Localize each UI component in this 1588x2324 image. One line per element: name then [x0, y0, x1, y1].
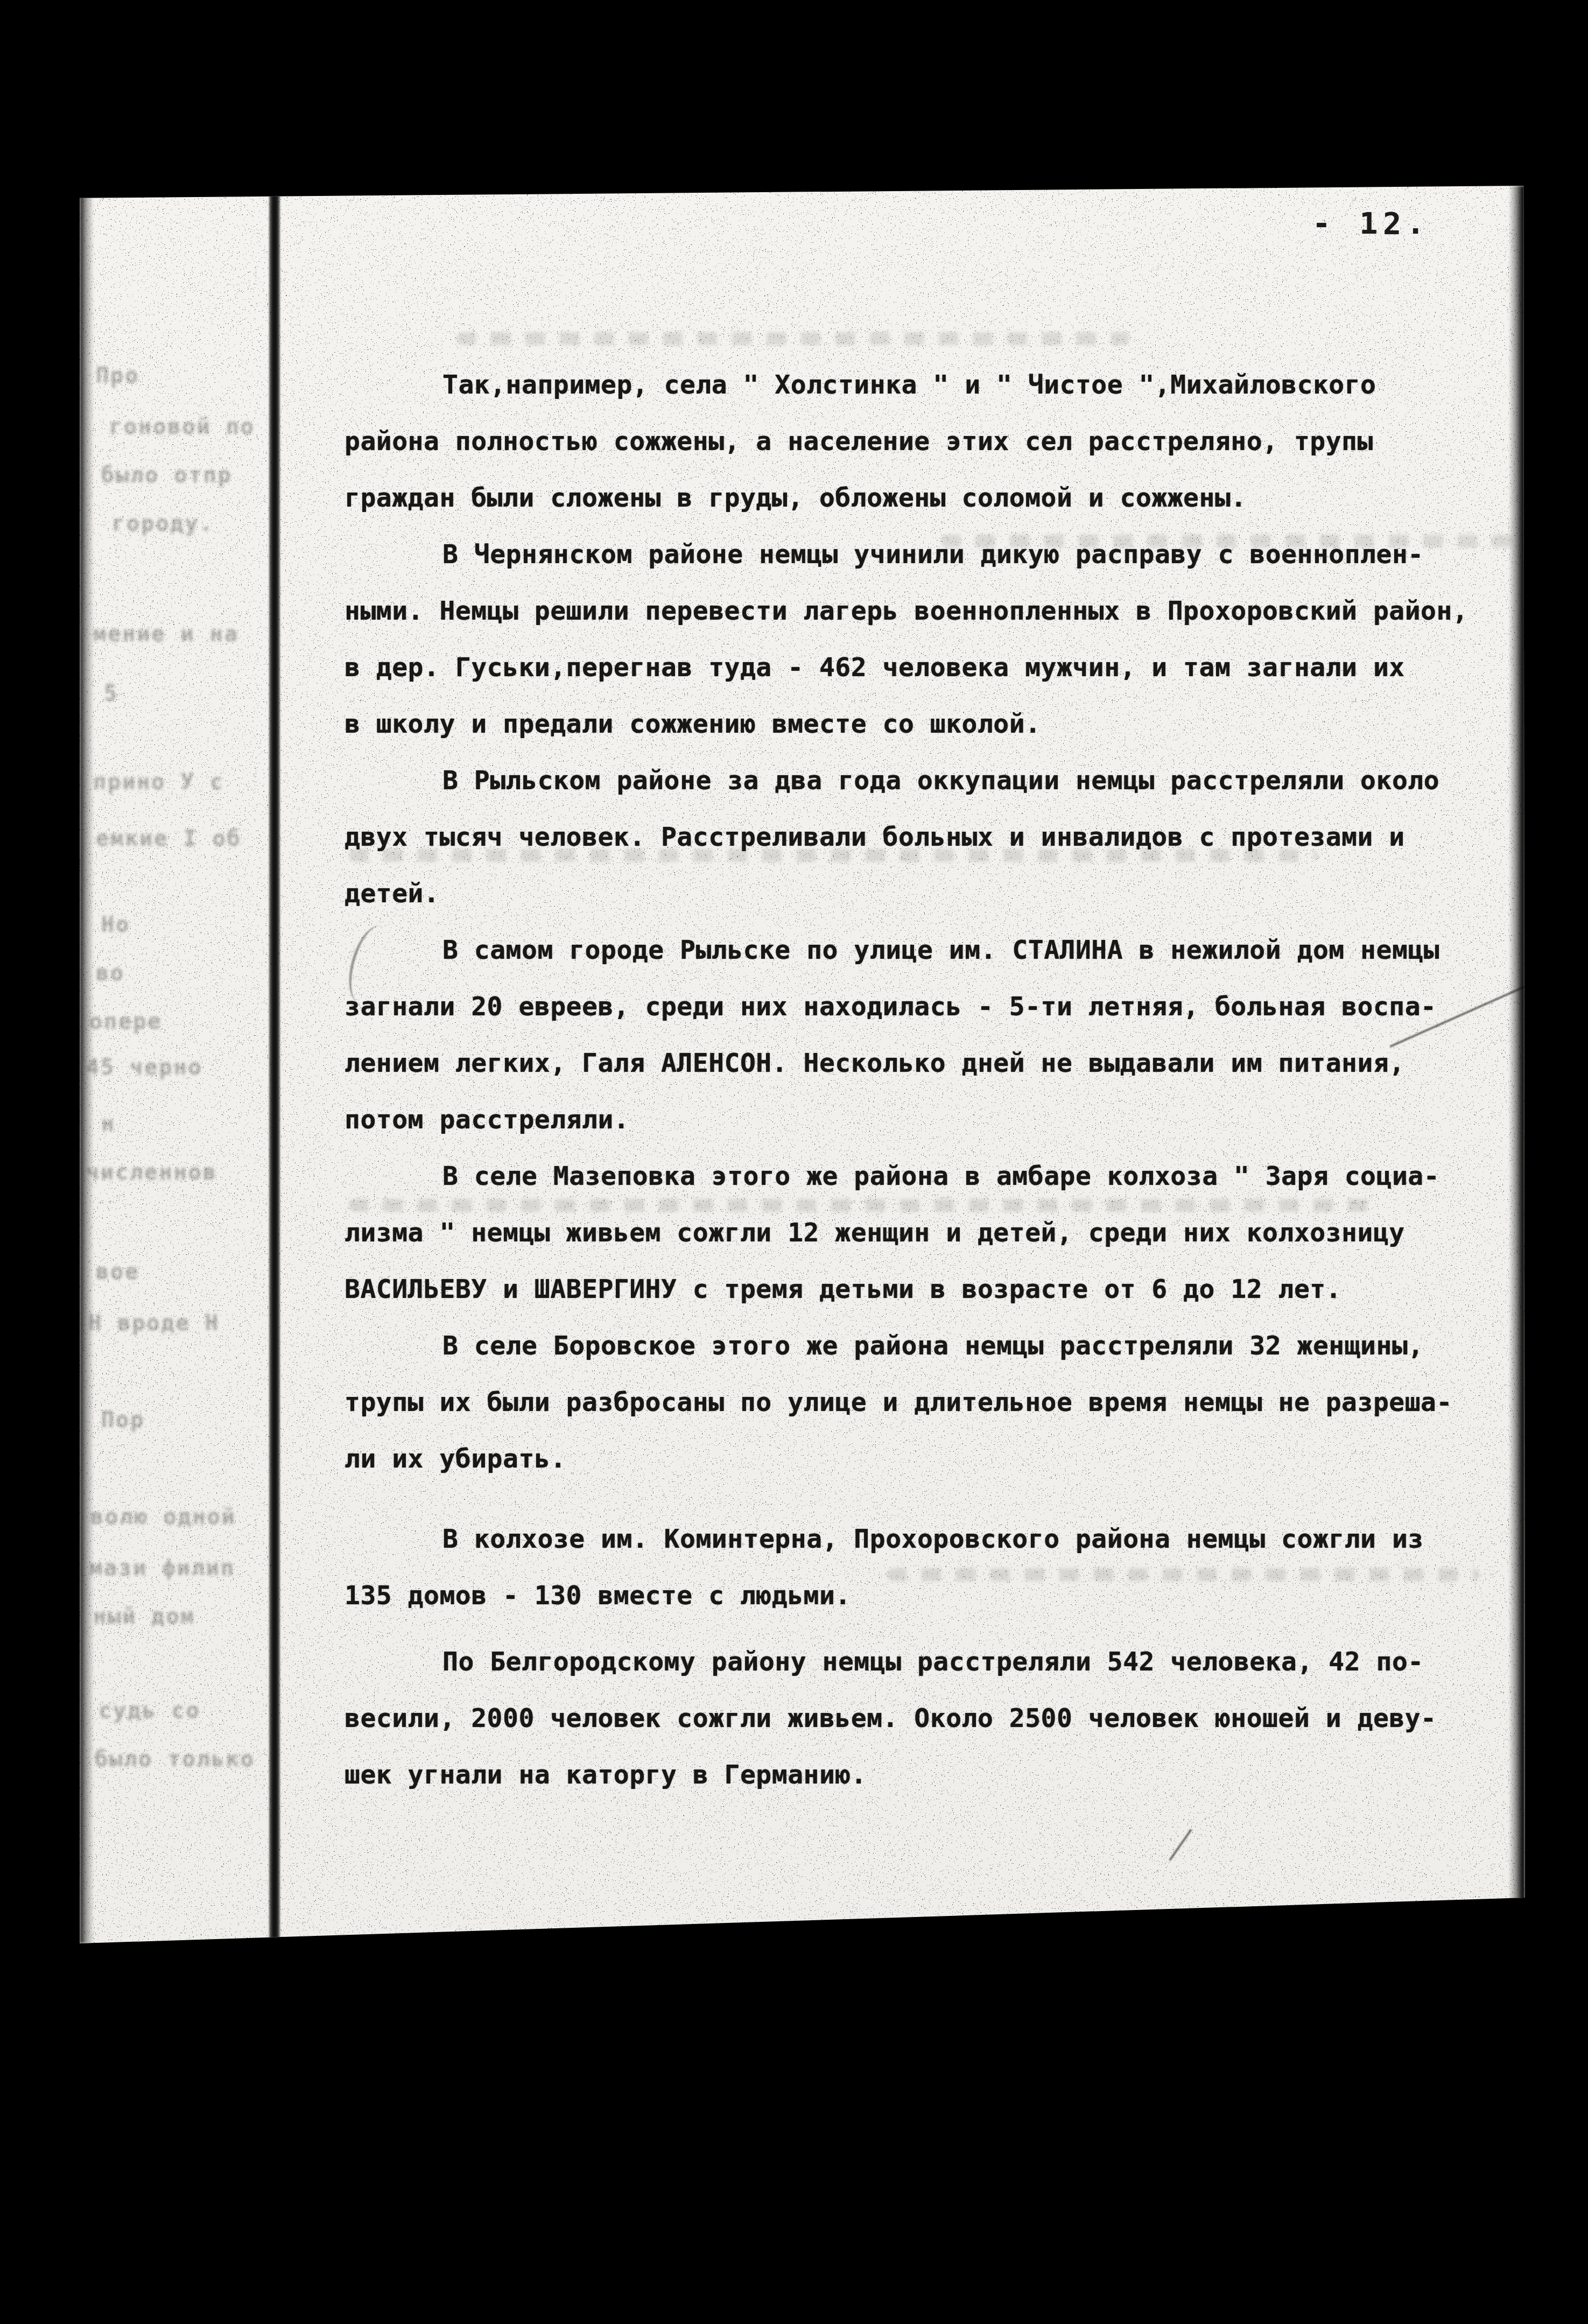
ghost-fragment: волю одной	[90, 1505, 236, 1529]
document-paragraph: В самом городе Рыльске по улице им. СТАЛ…	[345, 922, 1529, 1148]
ghost-fragment: 5	[104, 681, 118, 706]
ghost-fragment: опере	[89, 1009, 162, 1034]
ghost-fragment: ный дом	[93, 1604, 195, 1629]
document-paragraph: По Белгородскому району немцы расстрелял…	[345, 1634, 1529, 1803]
page-number: - 12.	[1312, 206, 1430, 241]
pen-mark	[1169, 1829, 1192, 1861]
ghost-fragment: Пор	[101, 1408, 145, 1433]
ghost-fragment: вое	[96, 1260, 139, 1284]
scanned-page: Про гоновой по было отпр городу. мение и…	[80, 186, 1525, 1943]
ghost-fragment: гоновой по	[109, 415, 255, 439]
ghost-fragment: прино У с	[93, 770, 224, 795]
ghost-fragment: Но	[101, 912, 130, 937]
ghost-fragment: 45 черно	[86, 1055, 203, 1080]
ghost-fragment: Про	[96, 363, 139, 388]
document-paragraph: В колхозе им. Коминтерна, Прохоровского …	[345, 1511, 1529, 1624]
document-paragraph: Так,например, села " Холстинка " и " Чис…	[345, 357, 1529, 526]
ghost-fragment: мази филип	[89, 1556, 235, 1581]
document-paragraph: В селе Мазеповка этого же района в амбар…	[345, 1148, 1529, 1318]
ghost-fragment: городу.	[112, 511, 214, 536]
ghost-fragment: было отпр	[101, 463, 233, 488]
ghost-fragment: численнов	[86, 1160, 217, 1185]
ghost-fragment: н	[101, 1112, 116, 1136]
ghost-fragment: было только	[95, 1747, 255, 1772]
page-fold-line	[269, 182, 280, 1958]
bleed-through-smudge	[456, 332, 1129, 345]
ghost-fragment: Н вроде Н	[88, 1311, 220, 1336]
document-paragraph: В Чернянском районе немцы учинили дикую …	[345, 526, 1529, 753]
ghost-fragment: во	[96, 961, 125, 986]
document-paragraph: В селе Боровское этого же района немцы р…	[345, 1318, 1529, 1487]
ghost-fragment: судь со	[99, 1698, 201, 1723]
ghost-fragment: емкие I об	[96, 826, 242, 851]
document-paragraph: В Рыльском районе за два года оккупации …	[345, 753, 1529, 922]
scan-background: Про гоновой по было отпр городу. мение и…	[0, 0, 1588, 2324]
document-body: Так,например, села " Холстинка " и " Чис…	[345, 357, 1529, 1803]
ghost-fragment: мение и на	[93, 622, 239, 647]
